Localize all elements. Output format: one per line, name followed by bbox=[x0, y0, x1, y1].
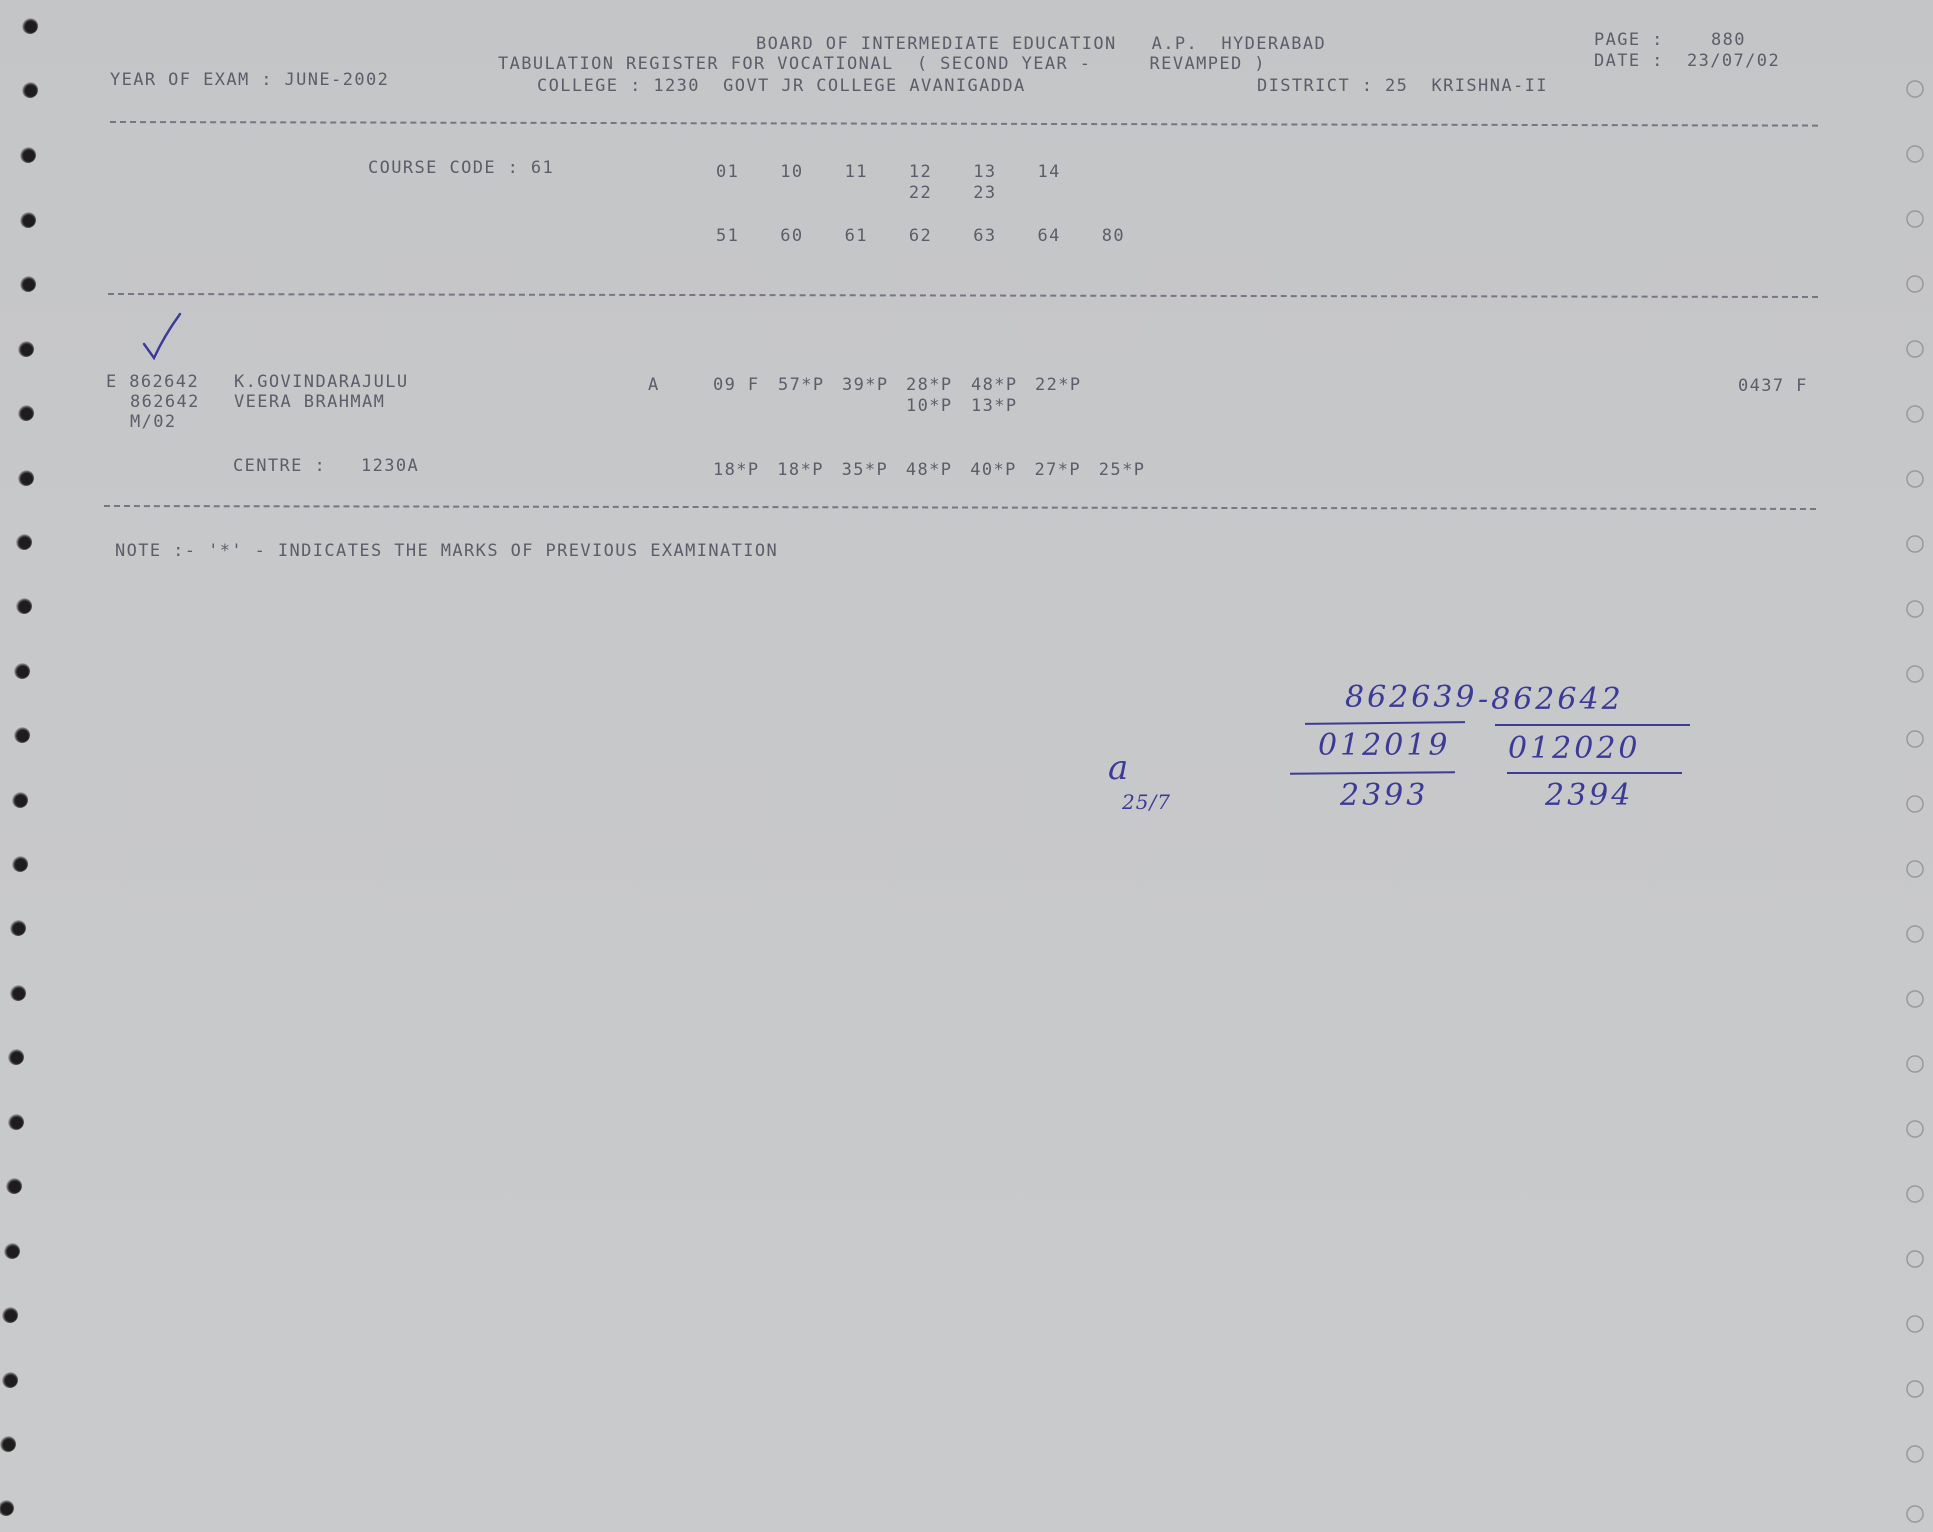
course-code-label: COURSE CODE : 61 bbox=[368, 158, 554, 178]
perforation-hole bbox=[18, 470, 34, 486]
perforation-hole bbox=[1906, 600, 1924, 618]
course-code: 13 bbox=[973, 162, 996, 182]
perforation-hole bbox=[1906, 1505, 1924, 1523]
course-code: 63 bbox=[973, 226, 996, 246]
subject-mark: 28*P bbox=[906, 375, 953, 395]
centre-code: CENTRE : 1230A bbox=[233, 456, 419, 476]
perforation-hole bbox=[1906, 1445, 1924, 1463]
subject-mark: 13*P bbox=[971, 396, 1018, 416]
hw-underline bbox=[1290, 771, 1455, 774]
perforation-hole bbox=[10, 920, 26, 936]
college-line: COLLEGE : 1230 GOVT JR COLLEGE AVANIGADD… bbox=[537, 76, 1026, 96]
hw-bottom-left: 2393 bbox=[1340, 778, 1428, 813]
hw-mid-left: 012019 bbox=[1318, 728, 1451, 763]
subject-mark: 18*P bbox=[713, 460, 760, 480]
register-title: TABULATION REGISTER FOR VOCATIONAL ( SEC… bbox=[498, 54, 1266, 74]
perforation-hole bbox=[20, 212, 36, 228]
perforation-hole bbox=[16, 598, 32, 614]
perforation-hole bbox=[1906, 990, 1924, 1008]
perforation-hole bbox=[0, 1500, 14, 1516]
course-code: 23 bbox=[973, 183, 996, 203]
course-code: 22 bbox=[909, 183, 932, 203]
candidate-name: K.GOVINDARAJULU bbox=[234, 372, 409, 392]
perforation-hole bbox=[1906, 1250, 1924, 1268]
perforation-hole bbox=[1906, 1120, 1924, 1138]
perforation-hole bbox=[1906, 730, 1924, 748]
perforation-hole bbox=[14, 663, 30, 679]
perforation-hole bbox=[18, 341, 34, 357]
course-code: 01 bbox=[716, 162, 739, 182]
perforation-hole bbox=[1906, 1055, 1924, 1073]
perforation-hole bbox=[20, 147, 36, 163]
perforation-hole bbox=[16, 534, 32, 550]
candidate-code: M/02 bbox=[130, 412, 177, 432]
hw-range-end: -862642 bbox=[1478, 682, 1624, 717]
perforation-hole bbox=[1906, 275, 1924, 293]
course-code: 51 bbox=[716, 226, 739, 246]
perforation-hole bbox=[1906, 1315, 1924, 1333]
registration-number: 862642 bbox=[130, 392, 200, 412]
divider bbox=[108, 293, 1818, 298]
perforation-hole bbox=[1906, 340, 1924, 358]
perforation-hole bbox=[1906, 1185, 1924, 1203]
subject-mark: 22*P bbox=[1035, 375, 1082, 395]
perforation-hole bbox=[1906, 405, 1924, 423]
perforation-hole bbox=[1906, 210, 1924, 228]
perforation-hole bbox=[8, 1114, 24, 1130]
course-code: 64 bbox=[1038, 226, 1061, 246]
course-code: 61 bbox=[845, 226, 868, 246]
perforation-hole bbox=[2, 1307, 18, 1323]
subject-mark: 35*P bbox=[842, 460, 889, 480]
course-code: 11 bbox=[845, 162, 868, 182]
district-line: DISTRICT : 25 KRISHNA-II bbox=[1257, 76, 1548, 96]
perforation-hole bbox=[10, 985, 26, 1001]
subject-mark: 18*P bbox=[777, 460, 824, 480]
handwritten-checkmark-icon bbox=[140, 312, 190, 362]
perforation-hole bbox=[22, 82, 38, 98]
course-code: 62 bbox=[909, 226, 932, 246]
hw-bottom-right: 2394 bbox=[1545, 778, 1633, 813]
perforation-hole bbox=[1906, 535, 1924, 553]
date-label: DATE : bbox=[1594, 51, 1664, 71]
perforation-hole bbox=[6, 1178, 22, 1194]
perforation-hole bbox=[1906, 145, 1924, 163]
course-code: 10 bbox=[780, 162, 803, 182]
perforation-hole bbox=[12, 856, 28, 872]
father-name: VEERA BRAHMAM bbox=[234, 392, 385, 412]
perforation-hole bbox=[20, 276, 36, 292]
course-code: 80 bbox=[1102, 226, 1125, 246]
subject-mark: 10*P bbox=[906, 396, 953, 416]
perforation-hole bbox=[1906, 795, 1924, 813]
footnote: NOTE :- '*' - INDICATES THE MARKS OF PRE… bbox=[115, 541, 778, 561]
page-label: PAGE : bbox=[1594, 30, 1664, 50]
perforation-hole bbox=[22, 18, 38, 34]
course-code: 12 bbox=[909, 162, 932, 182]
subject-mark: 39*P bbox=[842, 375, 889, 395]
perforation-hole bbox=[2, 1372, 18, 1388]
subject-mark: 40*P bbox=[970, 460, 1017, 480]
date-value: 23/07/02 bbox=[1687, 51, 1780, 71]
perforation-hole bbox=[1906, 860, 1924, 878]
hall-ticket-number: E 862642 bbox=[106, 372, 199, 392]
divider bbox=[110, 121, 1818, 127]
perforation-hole bbox=[1906, 665, 1924, 683]
perforation-hole bbox=[18, 405, 34, 421]
board-title: BOARD OF INTERMEDIATE EDUCATION A.P. HYD… bbox=[756, 34, 1326, 54]
hw-mid-right: 012020 bbox=[1508, 731, 1641, 766]
course-code: 60 bbox=[780, 226, 803, 246]
subject-mark: 09 F bbox=[713, 375, 760, 395]
year-of-exam: YEAR OF EXAM : JUNE-2002 bbox=[110, 70, 389, 90]
total-marks-result: 0437 F bbox=[1738, 376, 1808, 396]
subject-mark: 57*P bbox=[778, 375, 825, 395]
course-code: 14 bbox=[1038, 162, 1061, 182]
subject-mark: 48*P bbox=[971, 375, 1018, 395]
perforation-hole bbox=[1906, 1380, 1924, 1398]
divider bbox=[104, 505, 1816, 510]
subject-mark: 25*P bbox=[1099, 460, 1146, 480]
medium-code: A bbox=[648, 375, 660, 395]
perforation-hole bbox=[14, 727, 30, 743]
hw-underline bbox=[1507, 772, 1682, 774]
perforation-hole bbox=[0, 1436, 16, 1452]
perforation-hole bbox=[1906, 925, 1924, 943]
hw-range-start: 862639 bbox=[1345, 680, 1478, 715]
subject-mark: 27*P bbox=[1035, 460, 1082, 480]
perforation-hole bbox=[1906, 80, 1924, 98]
page-number: 880 bbox=[1711, 30, 1746, 50]
subject-mark: 48*P bbox=[906, 460, 953, 480]
perforation-hole bbox=[1906, 470, 1924, 488]
hw-underline bbox=[1495, 724, 1690, 726]
perforation-hole bbox=[12, 792, 28, 808]
hw-initial-date: 25/7 bbox=[1122, 790, 1171, 814]
perforation-hole bbox=[8, 1049, 24, 1065]
hw-underline bbox=[1305, 721, 1465, 725]
hw-initial: a bbox=[1108, 748, 1131, 788]
perforation-hole bbox=[4, 1243, 20, 1259]
